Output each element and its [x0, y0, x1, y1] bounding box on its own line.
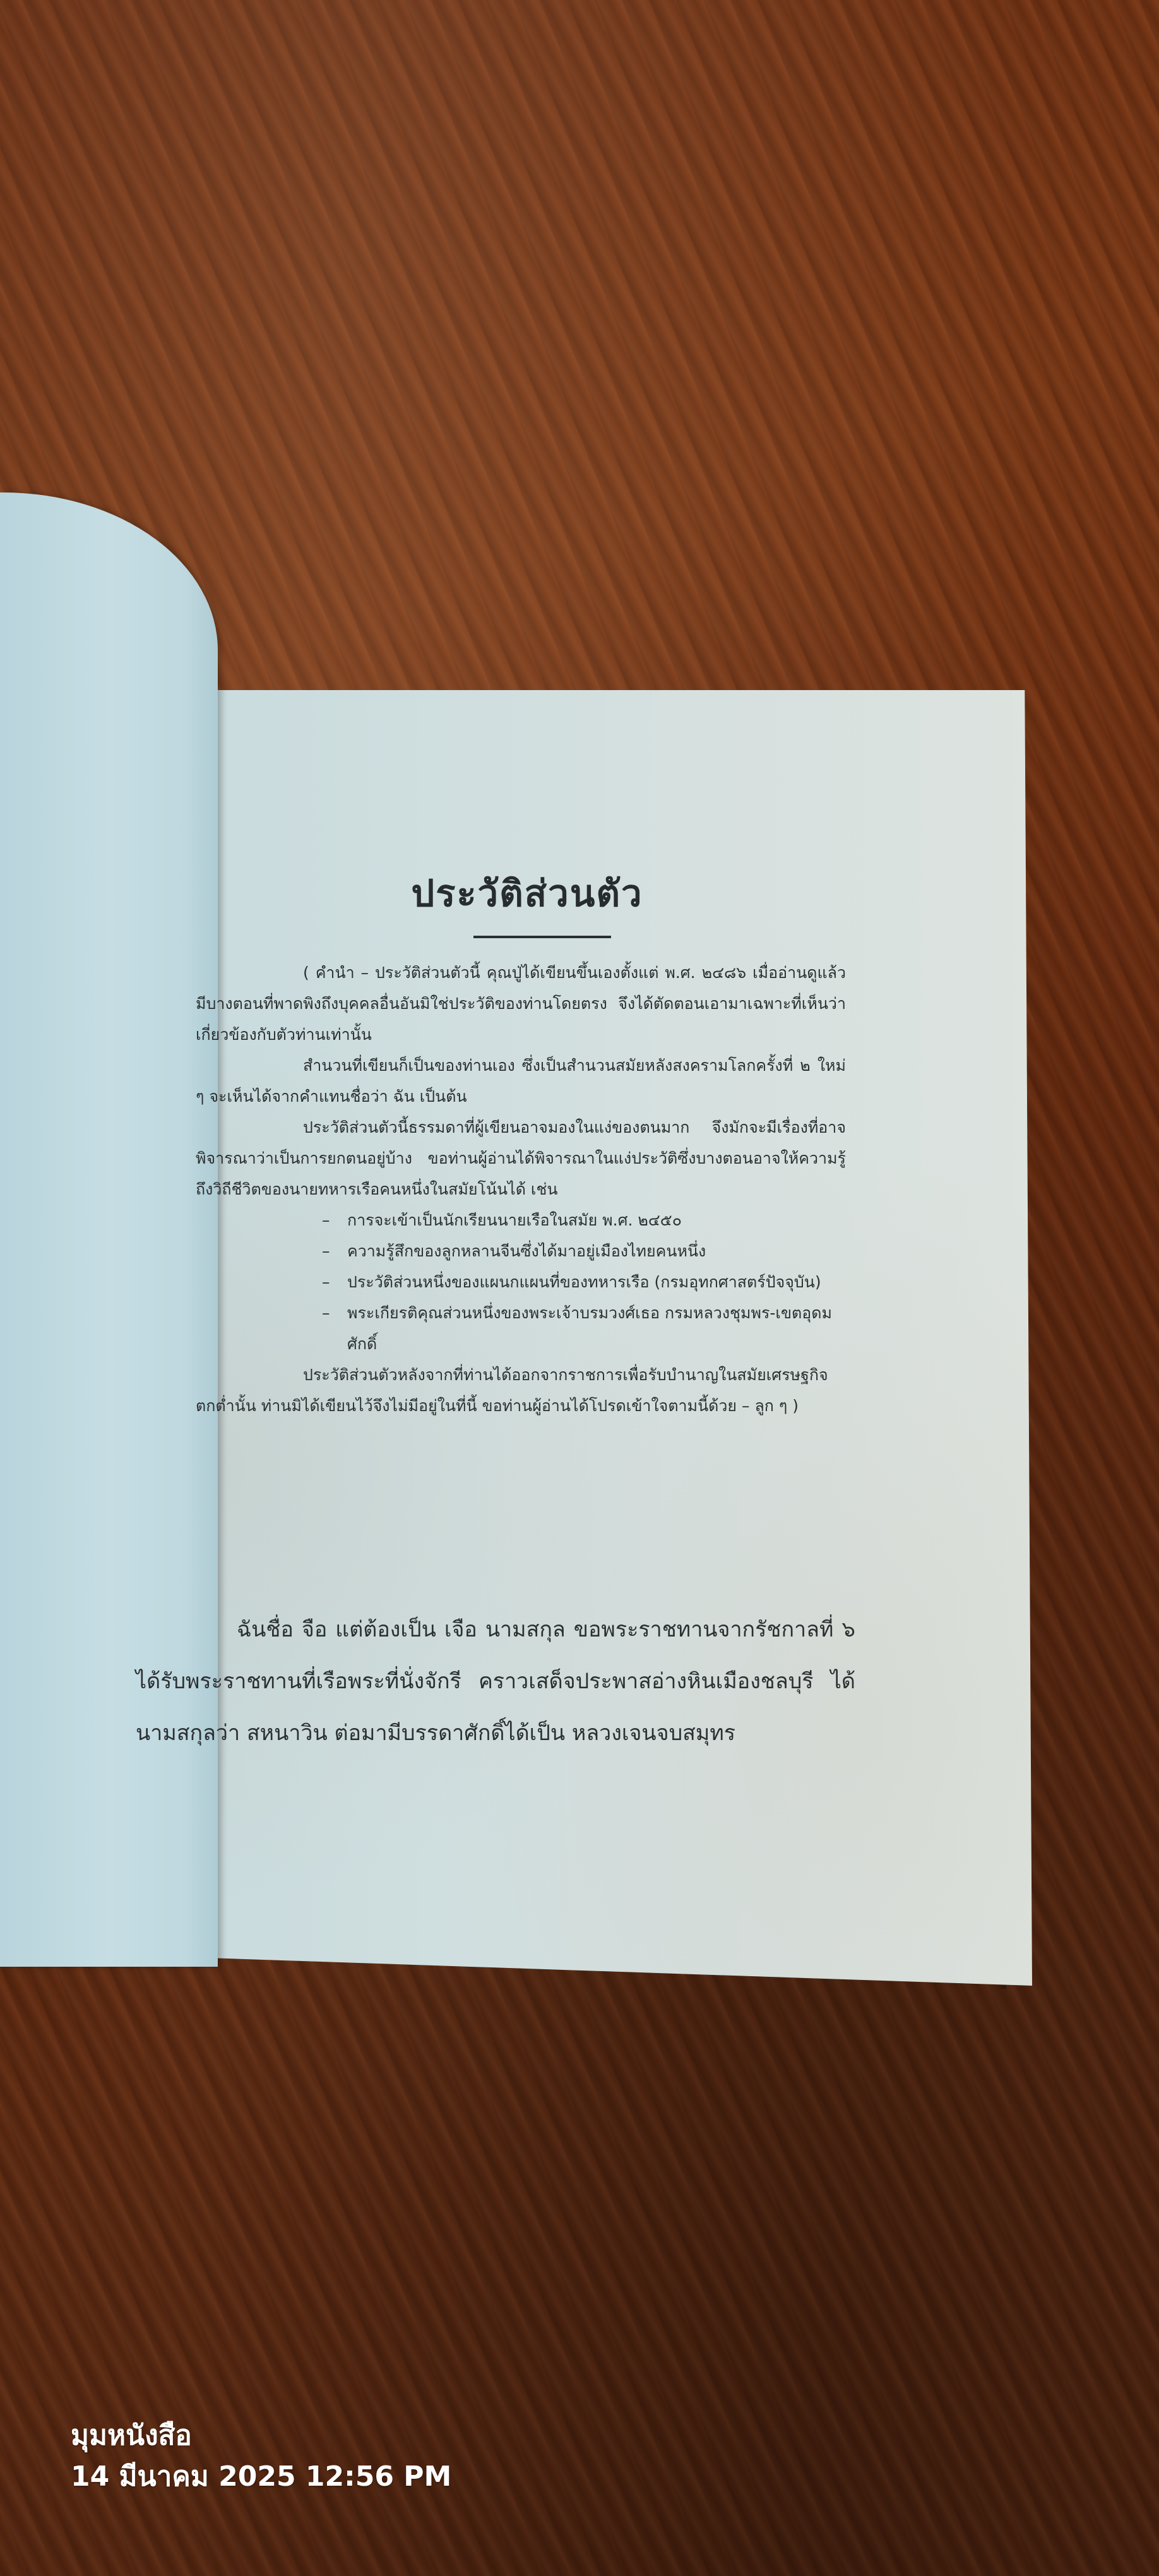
- list-item: –การจะเข้าเป็นนักเรียนนายเรือในสมัย พ.ศ.…: [322, 1205, 846, 1236]
- topic-list: –การจะเข้าเป็นนักเรียนนายเรือในสมัย พ.ศ.…: [196, 1205, 846, 1359]
- paragraph-perspective-note: ประวัติส่วนตัวนี้ธรรมดาที่ผู้เขียนอาจมอง…: [196, 1112, 846, 1205]
- paragraph-language-note: สำนวนที่เขียนก็เป็นของท่านเอง ซึ่งเป็นสำ…: [196, 1050, 846, 1112]
- list-item-text: ความรู้สึกของลูกหลานจีนซึ่งได้มาอยู่เมือ…: [347, 1242, 706, 1260]
- watermark-label: มุมหนังสือ: [71, 2417, 451, 2455]
- list-item: –พระเกียรติคุณส่วนหนึ่งของพระเจ้าบรมวงศ์…: [322, 1297, 846, 1359]
- list-item-text: ประวัติส่วนหนึ่งของแผนกแผนที่ของทหารเรือ…: [347, 1273, 821, 1291]
- list-item: –ประวัติส่วนหนึ่งของแผนกแผนที่ของทหารเรื…: [322, 1267, 846, 1297]
- photo-watermark: มุมหนังสือ 14 มีนาคม 2025 12:56 PM: [71, 2417, 451, 2499]
- bullet-dash: –: [322, 1297, 347, 1328]
- list-item: –ความรู้สึกของลูกหลานจีนซึ่งได้มาอยู่เมื…: [322, 1236, 846, 1267]
- page-title: ประวัติส่วนตัว: [208, 865, 846, 922]
- bullet-dash: –: [322, 1267, 347, 1297]
- list-item-text: พระเกียรติคุณส่วนหนึ่งของพระเจ้าบรมวงศ์เ…: [347, 1304, 832, 1353]
- bullet-dash: –: [322, 1236, 347, 1267]
- biography-paragraph: ฉันชื่อ จือ แต่ต้องเป็น เจือ นามสกุล ขอพ…: [136, 1604, 855, 1759]
- list-item-text: การจะเข้าเป็นนักเรียนนายเรือในสมัย พ.ศ. …: [347, 1211, 682, 1229]
- watermark-timestamp: 14 มีนาคม 2025 12:56 PM: [71, 2455, 451, 2499]
- document-body: ประวัติส่วนตัว ( คำนำ – ประวัติส่วนตัวนี…: [196, 865, 846, 1421]
- biography-section: ฉันชื่อ จือ แต่ต้องเป็น เจือ นามสกุล ขอพ…: [136, 1604, 855, 1759]
- paragraph-closing-note: ประวัติส่วนตัวหลังจากที่ท่านได้ออกจากราช…: [196, 1359, 846, 1421]
- title-underline-rule: [473, 936, 611, 938]
- intro-paragraph: ( คำนำ – ประวัติส่วนตัวนี้ คุณปู่ได้เขีย…: [196, 957, 846, 1050]
- bullet-dash: –: [322, 1205, 347, 1236]
